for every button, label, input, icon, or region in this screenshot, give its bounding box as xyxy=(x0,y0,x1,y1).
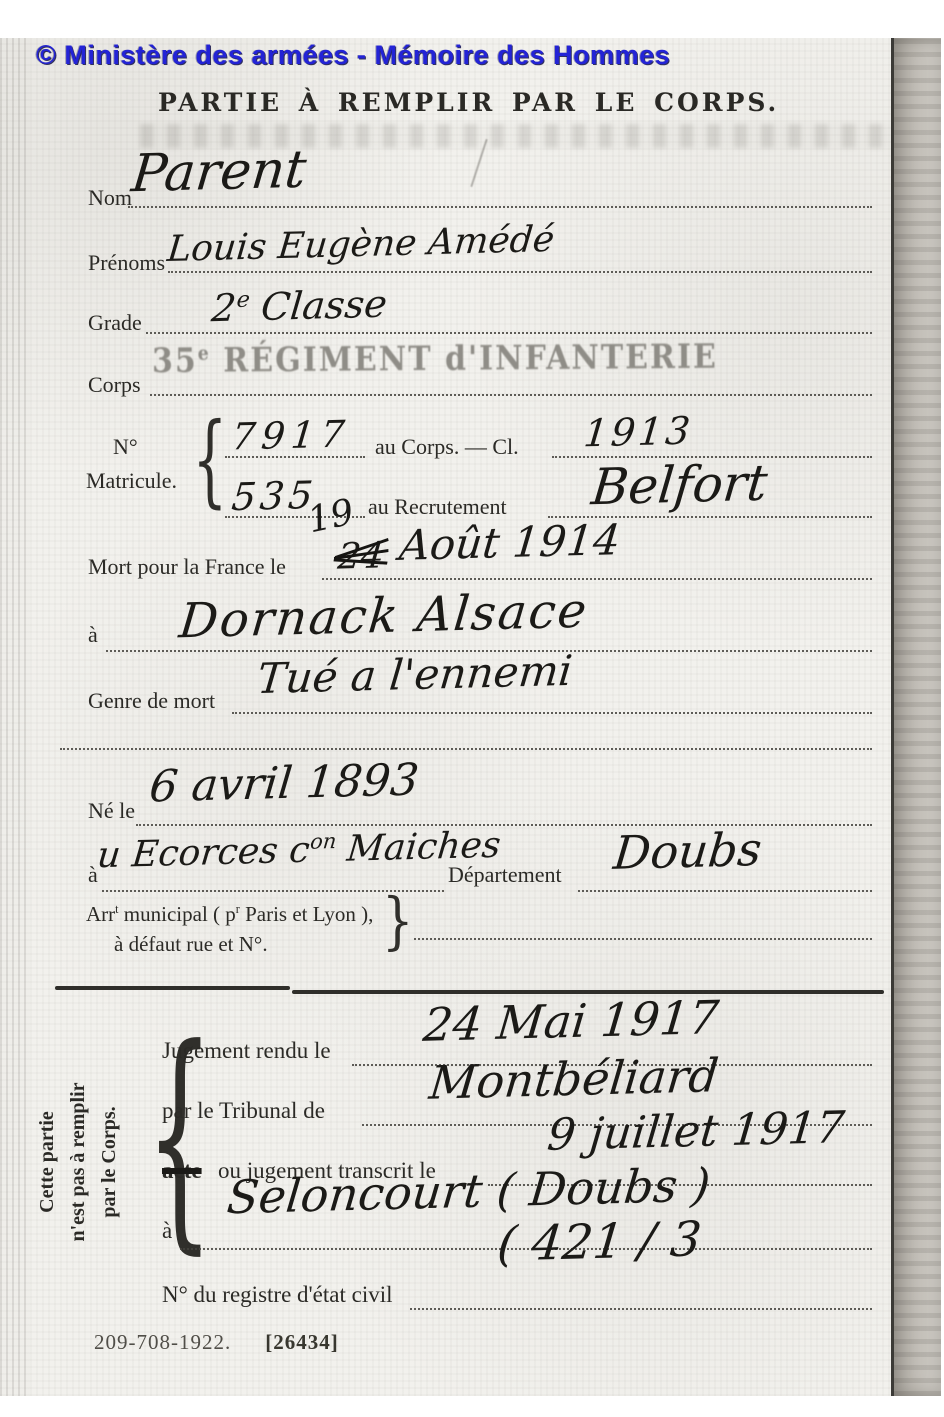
matricule-brace: { xyxy=(192,410,227,510)
reference-number: [26434] xyxy=(265,1330,339,1354)
rendu-value: 24 Mai 1917 xyxy=(421,990,721,1052)
scan-right-edge xyxy=(894,38,941,1396)
ne-value: 6 avril 1893 xyxy=(147,754,421,812)
printer-imprint: 209-708-1922.[26434] xyxy=(94,1330,339,1355)
classe-value: 1913 xyxy=(582,409,695,456)
watermark: © Ministère des armées - Mémoire des Hom… xyxy=(36,40,670,71)
nom-value: Parent xyxy=(129,140,309,205)
side-note: Cette partie n'est pas à remplir par le … xyxy=(22,1031,134,1293)
transcrit-value: 9 juillet 1917 xyxy=(545,1102,847,1161)
ne-label: Né le xyxy=(88,798,135,824)
mort-correction: 19 xyxy=(304,492,357,542)
arr-brace: } xyxy=(382,890,414,952)
transcrit-struck-word: acte xyxy=(162,1158,202,1184)
rendu-label: Jugement rendu le xyxy=(162,1038,331,1064)
prenoms-value: Louis Eugène Amédé xyxy=(165,219,556,270)
section-divider xyxy=(55,986,290,990)
lieu-mort-value: Dornack Alsace xyxy=(177,583,591,650)
mort-label: Mort pour la France le xyxy=(88,554,286,580)
document-sheet: © Ministère des armées - Mémoire des Hom… xyxy=(0,0,944,1417)
dotted-line xyxy=(128,206,872,208)
mort-value: Août 1914 xyxy=(397,515,622,570)
grade-value: 2e Classe xyxy=(210,282,389,331)
genre-mort-label: Genre de mort xyxy=(88,688,215,714)
dotted-line xyxy=(414,938,872,940)
matricule-label-no: N° xyxy=(113,434,138,460)
dotted-line xyxy=(232,712,872,714)
lieu-naissance-value: u Ecorces con Maiches xyxy=(95,825,502,877)
dotted-line xyxy=(146,332,872,334)
genre-mort-value: Tué a l'ennemi xyxy=(255,646,574,703)
tribunal-value: Montbéliard xyxy=(427,1048,721,1110)
jugement-lieu-label: à xyxy=(162,1218,172,1244)
dotted-line xyxy=(578,890,872,892)
grade-label: Grade xyxy=(88,310,142,336)
scanned-paper: © Ministère des armées - Mémoire des Hom… xyxy=(0,38,941,1396)
prenoms-label: Prénoms xyxy=(88,250,165,276)
matricule-corps-value: 7917 xyxy=(230,412,353,458)
page-title: PARTIE À REMPLIR PAR LE CORPS. xyxy=(158,88,779,117)
dotted-line xyxy=(60,748,872,750)
dotted-line xyxy=(150,394,872,396)
registre-label: N° du registre d'état civil xyxy=(162,1282,393,1308)
lieu-mort-label: à xyxy=(88,622,98,648)
matricule-recrutement-value: 535 xyxy=(230,473,319,519)
regiment-stamp: 35e RÉGIMENT d'INFANTERIE xyxy=(152,338,718,382)
dotted-line xyxy=(168,271,872,273)
dotted-line xyxy=(322,578,872,580)
arr-label-line1: Arrt municipal ( pr Paris et Lyon ), xyxy=(86,902,373,927)
au-corps-label: au Corps. — Cl. xyxy=(375,434,519,460)
matricule-label: Matricule. xyxy=(86,468,177,494)
mort-crossed: 24 xyxy=(336,535,386,577)
departement-label: Département xyxy=(448,862,562,888)
nom-label: Nom xyxy=(88,185,132,211)
dotted-line xyxy=(410,1308,872,1310)
au-recrutement-label: au Recrutement xyxy=(368,494,507,520)
registre-value: ( 421 / 3 xyxy=(495,1211,704,1272)
tribunal-label: par le Tribunal de xyxy=(162,1098,325,1124)
arr-label-line2: à défaut rue et N°. xyxy=(114,932,268,957)
recrutement-value: Belfort xyxy=(589,454,770,517)
corps-label: Corps xyxy=(88,372,141,398)
departement-value: Doubs xyxy=(611,822,764,880)
